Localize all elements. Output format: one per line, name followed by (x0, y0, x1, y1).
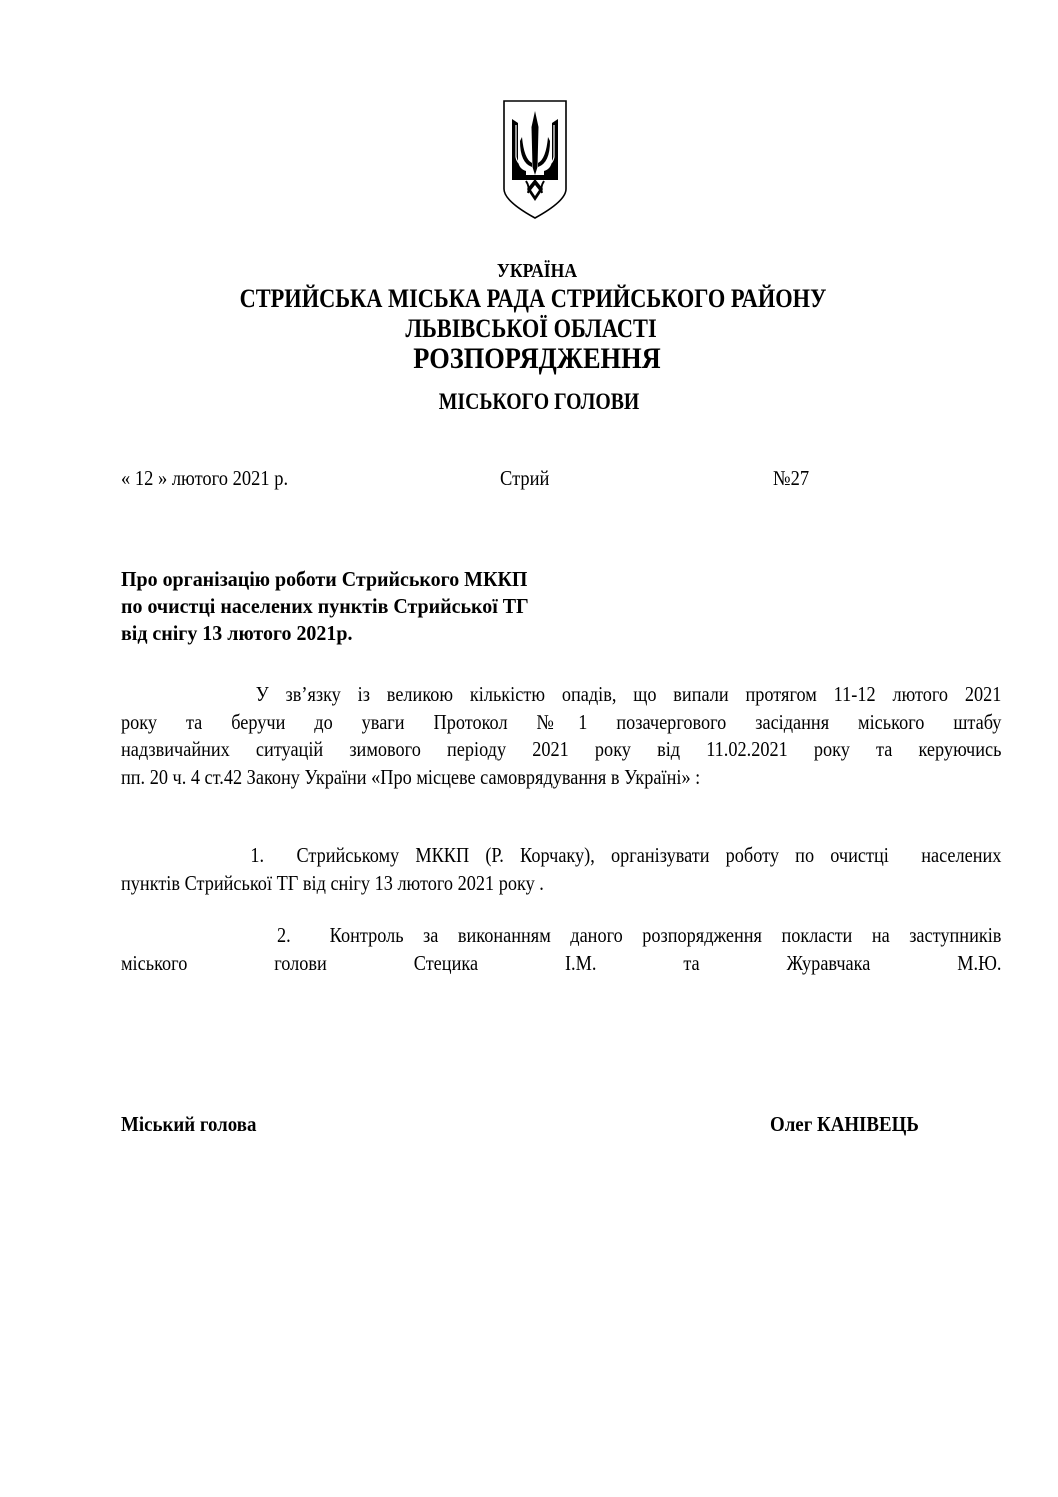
paragraph-line: пп. 20 ч. 4 ст.42 Закону України «Про мі… (121, 764, 1001, 792)
header-country: УКРАЇНА (71, 260, 1002, 283)
document-number: №27 (773, 466, 809, 491)
document-type-title: РОЗПОРЯДЖЕННЯ (71, 342, 1002, 376)
paragraph-line: 1. Стрийському МККП (Р. Корчаку), органі… (121, 842, 1001, 870)
paragraph-line: У зв’язку із великою кількістю опадів, щ… (121, 681, 1001, 709)
paragraph-line: 2. Контроль за виконанням даного розпоря… (121, 922, 1001, 950)
subject-line: Про організацію роботи Стрийського МККП (121, 566, 529, 593)
paragraph-line: надзвичайних ситуацій зимового періоду 2… (121, 736, 1001, 764)
signature-title: Міський голова (121, 1112, 256, 1137)
header-council: СТРИЙСЬКА МІСЬКА РАДА СТРИЙСЬКОГО РАЙОНУ (78, 284, 988, 314)
header-region: ЛЬВІВСЬКОЇ ОБЛАСТІ (76, 314, 986, 344)
subject-line: по очистці населених пунктів Стрийської … (121, 593, 529, 620)
signature-name: Олег КАНІВЕЦЬ (770, 1112, 919, 1137)
document-city: Стрий (500, 466, 549, 491)
document-page: УКРАЇНА СТРИЙСЬКА МІСЬКА РАДА СТРИЙСЬКОГ… (0, 0, 1058, 1497)
order-item-2: 2. Контроль за виконанням даного розпоря… (121, 922, 1001, 977)
trident-emblem-icon (500, 97, 570, 222)
order-item-1: 1. Стрийському МККП (Р. Корчаку), органі… (121, 842, 1001, 897)
subject-line: від снігу 13 лютого 2021р. (121, 620, 529, 647)
paragraph-line: пунктів Стрийської ТГ від снігу 13 лютог… (121, 870, 1001, 898)
document-date: « 12 » лютого 2021 р. (121, 466, 288, 491)
paragraph-line: року та беручи до уваги Протокол №1 поза… (121, 709, 1001, 737)
intro-paragraph: У зв’язку із великою кількістю опадів, щ… (121, 681, 1001, 791)
header-issuer: МІСЬКОГО ГОЛОВИ (84, 389, 994, 415)
paragraph-line: міського голови Стецика І.М. та Журавчак… (121, 950, 1001, 978)
document-subject: Про організацію роботи Стрийського МККП … (121, 566, 550, 647)
